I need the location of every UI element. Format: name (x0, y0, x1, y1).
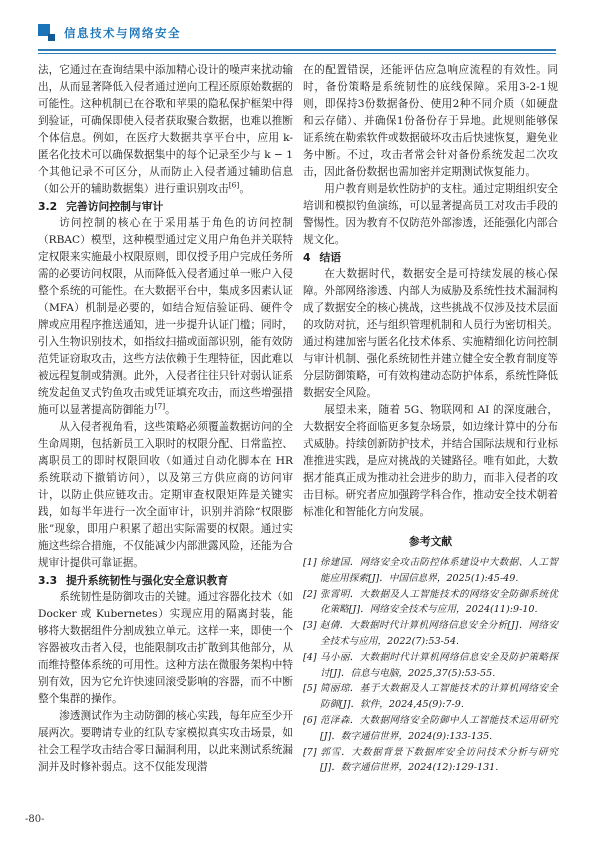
paragraph: 渗透测试作为主动防御的核心实践，每年应至少开展两次。要聘请专业的红队专家模拟真实… (38, 708, 293, 776)
section-heading-3-2: 3.2完善访问控制与审计 (38, 198, 293, 215)
paragraph-text: 。 (239, 183, 250, 195)
section-heading-4: 4结语 (303, 249, 558, 266)
section-heading-3-3: 3.3提升系统韧性与强化安全意识教育 (38, 572, 293, 589)
references-heading: 参考文献 (303, 533, 558, 550)
paragraph: 从入侵者视角看，这些策略必须覆盖数据访问的全生命周期，包括新员工入职时的权限分配… (38, 419, 293, 572)
paragraph: 法，它通过在查询结果中添加精心设计的噪声来扰动输出，从而显著降低入侵者通过逆向工… (38, 62, 293, 198)
section-title: 结语 (320, 251, 342, 264)
citation-marker: [7] (155, 401, 166, 410)
journal-logo-icon (38, 24, 56, 42)
reference-item: [7] 郭雪．大数据背景下数据库安全访问技术分析与研究[J]．数字通信世界，20… (303, 745, 558, 777)
reference-item: [2] 张霄明．大数据及人工智能技术的网络安全防御系统优化策略[J]．网络安全技… (303, 587, 558, 619)
section-title: 提升系统韧性与强化安全意识教育 (66, 574, 228, 587)
page-header: 信息技术与网络安全 (38, 24, 556, 54)
section-title: 完善访问控制与审计 (66, 200, 163, 213)
logo-square-small (48, 34, 55, 41)
section-number: 4 (303, 251, 311, 264)
journal-title: 信息技术与网络安全 (64, 25, 181, 41)
reference-item: [6] 范泽森．大数据网络安全防御中人工智能技术运用研究[J]．数字通信世界，2… (303, 713, 558, 745)
paragraph-text: 。 (165, 404, 176, 416)
journal-header-row: 信息技术与网络安全 (38, 24, 556, 42)
header-double-rule (38, 49, 556, 54)
paragraph: 展望未来，随着 5G、物联网和 AI 的深度融合，大数据安全将面临更多复杂场景，… (303, 402, 558, 521)
journal-page: 信息技术与网络安全 法，它通过在查询结果中添加精心设计的噪声来扰动输出，从而显著… (0, 0, 590, 850)
paragraph-text: 法，它通过在查询结果中添加精心设计的噪声来扰动输出，从而显著降低入侵者通过逆向工… (38, 64, 293, 195)
paragraph: 在大数据时代，数据安全是可持续发展的核心保障。外部网络渗透、内部人为威胁及系统性… (303, 266, 558, 402)
right-column: 在的配置错误，还能评估应急响应流程的有效性。同时，备份策略是系统韧性的底线保障。… (303, 62, 558, 776)
article-body: 法，它通过在查询结果中添加精心设计的噪声来扰动输出，从而显著降低入侵者通过逆向工… (38, 62, 558, 776)
paragraph-text: 访问控制的核心在于采用基于角色的访问控制（RBAC）模型，这种模型通过定义用户角… (38, 217, 293, 416)
paragraph: 用户教育则是软性防护的支柱。通过定期组织安全培训和模拟钓鱼演练，可以显著提高员工… (303, 181, 558, 249)
reference-item: [3] 赵倩．大数据时代计算机网络信息安全分析[J]．网络安全技术与应用，202… (303, 618, 558, 650)
page-number: -80- (25, 814, 44, 825)
paragraph: 在的配置错误，还能评估应急响应流程的有效性。同时，备份策略是系统韧性的底线保障。… (303, 62, 558, 181)
reference-item: [5] 简丽琼．基于大数据及人工智能技术的计算机网络安全防御[J]．软件，202… (303, 681, 558, 713)
reference-item: [4] 马小丽．大数据时代计算机网络信息安全及防护策略探讨[J]．信息与电脑，2… (303, 650, 558, 682)
section-number: 3.2 (38, 200, 57, 213)
citation-marker: [6] (229, 180, 240, 189)
paragraph: 系统韧性是防御攻击的关键。通过容器化技术（如 Docker 或 Kubernet… (38, 589, 293, 708)
reference-item: [1] 徐建国．网络安全攻击防控体系建设中大数据、人工智能应用探索[J]．中国信… (303, 555, 558, 587)
paragraph: 访问控制的核心在于采用基于角色的访问控制（RBAC）模型，这种模型通过定义用户角… (38, 215, 293, 419)
section-number: 3.3 (38, 574, 57, 587)
left-column: 法，它通过在查询结果中添加精心设计的噪声来扰动输出，从而显著降低入侵者通过逆向工… (38, 62, 293, 776)
